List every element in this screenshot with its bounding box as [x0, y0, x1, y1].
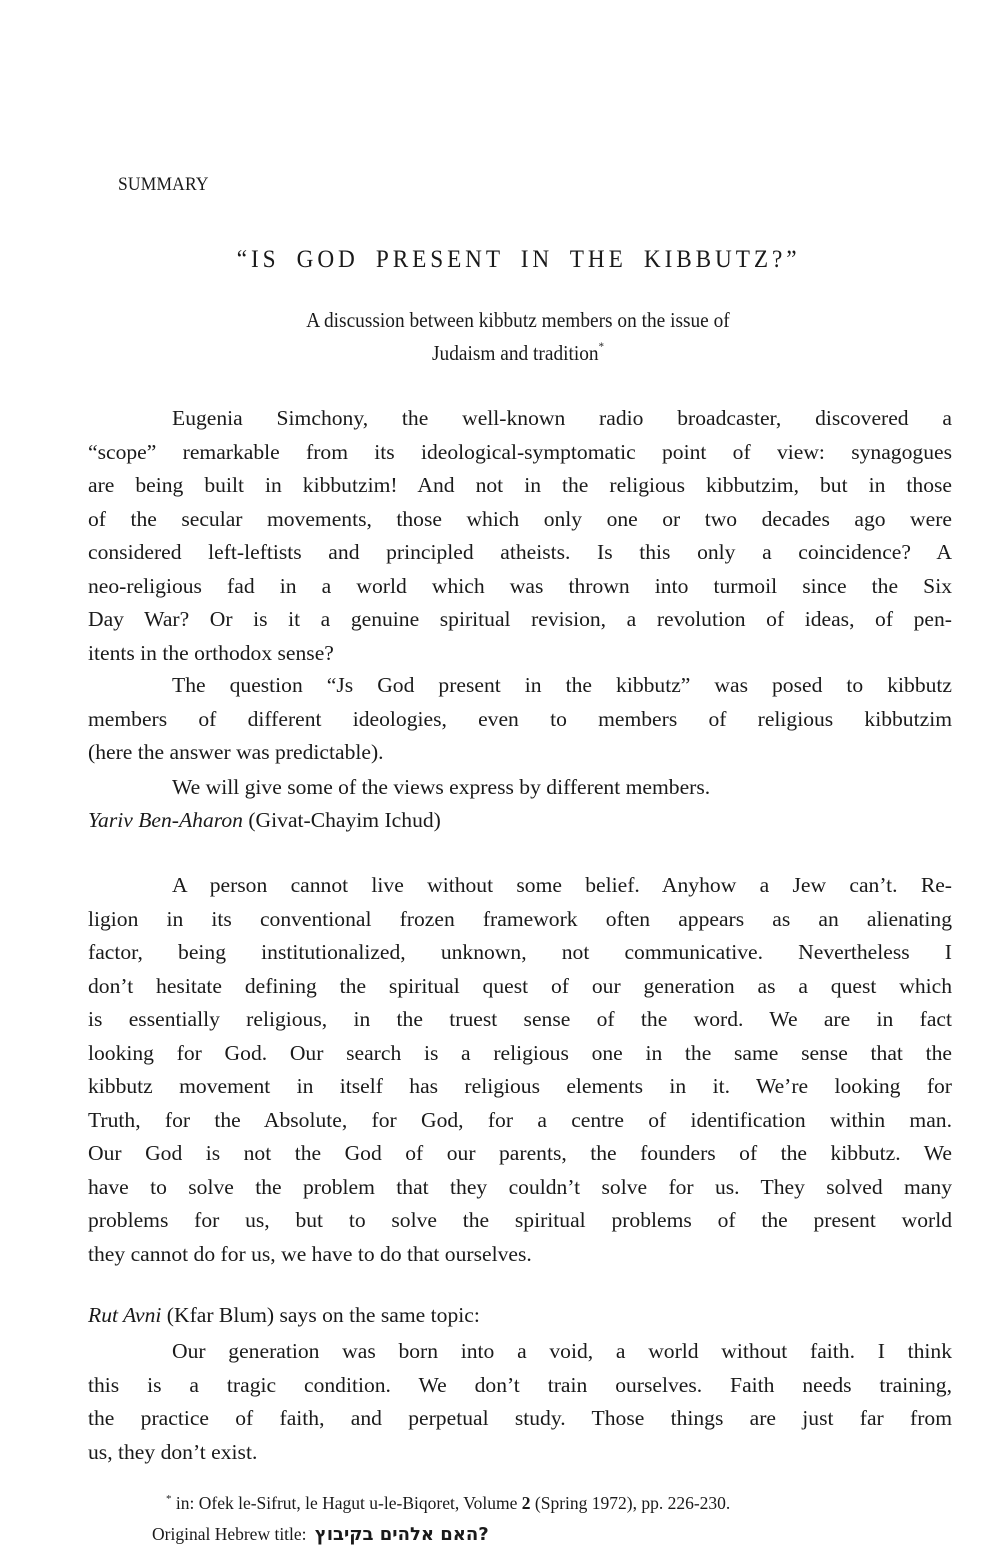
intro-paragraph: Eugenia Simchony, the well-known radio b…: [88, 402, 952, 670]
text-line: the practice of faith, and perpetual stu…: [88, 1402, 952, 1436]
text-line: Our God is not the God of our parents, t…: [88, 1137, 952, 1171]
speaker-heading-2: Rut Avni (Kfar Blum) says on the same to…: [88, 1299, 952, 1333]
speaker-statement-2: Our generation was born into a void, a w…: [88, 1335, 952, 1469]
speaker-name: Rut Avni: [88, 1303, 161, 1327]
footnote-reference: *: [599, 339, 604, 353]
footnote-volume: 2: [522, 1493, 531, 1513]
footnote-source-prefix: in: Ofek le-Sifrut, le Hagut u-le-Biqore…: [176, 1493, 518, 1513]
text-line: Truth, for the Absolute, for God, for a …: [88, 1104, 952, 1138]
text-line: don’t hesitate defining the spiritual qu…: [88, 970, 952, 1004]
footnote-marker: *: [166, 1493, 172, 1505]
speaker-affiliation: (Givat-Chayim Ichud): [248, 808, 441, 832]
text-line: factor, being institutionalized, unknown…: [88, 936, 952, 970]
section-label: SUMMARY: [118, 174, 209, 196]
speaker-statement-1: A person cannot live without some belief…: [88, 869, 952, 1271]
text-line: “scope” remarkable from its ideological-…: [88, 436, 952, 470]
question-paragraph: The question “Js God present in the kibb…: [88, 669, 952, 770]
text-line: The question “Js God present in the kibb…: [88, 669, 952, 703]
text-line: this is a tragic condition. We don’t tra…: [88, 1369, 952, 1403]
footnote-original-title: Original Hebrew title: ?האם אלהים בקיבוץ: [152, 1524, 489, 1545]
speaker-affiliation: (Kfar Blum): [167, 1303, 274, 1327]
text-line: Our generation was born into a void, a w…: [88, 1335, 952, 1369]
text-line: is essentially religious, in the truest …: [88, 1003, 952, 1037]
text-line: us, they don’t exist.: [88, 1436, 952, 1470]
text-line: looking for God. Our search is a religio…: [88, 1037, 952, 1071]
text-line: neo-religious fad in a world which was t…: [88, 570, 952, 604]
text-line: are being built in kibbutzim! And not in…: [88, 469, 952, 503]
text-line: We will give some of the views express b…: [88, 771, 952, 805]
original-title-hebrew: ?האם אלהים בקיבוץ: [315, 1524, 489, 1545]
speaker-name: Yariv Ben-Aharon: [88, 808, 243, 832]
footnote-source-suffix: (Spring 1972), pp. 226-230.: [535, 1493, 730, 1513]
speaker-lead-in: says on the same topic:: [280, 1303, 480, 1327]
text-line: (here the answer was predictable).: [88, 736, 952, 770]
text-line: kibbutz movement in itself has religious…: [88, 1070, 952, 1104]
text-line: considered left-leftists and principled …: [88, 536, 952, 570]
text-line: of the secular movements, those which on…: [88, 503, 952, 537]
speaker-heading-1: Yariv Ben-Aharon (Givat-Chayim Ichud): [88, 804, 952, 838]
text-line: itents in the orthodox sense?: [88, 637, 952, 671]
article-title: “IS GOD PRESENT IN THE KIBBUTZ?”: [35, 246, 965, 274]
text-line: ligion in its conventional frozen framew…: [88, 903, 952, 937]
document-page: SUMMARY “IS GOD PRESENT IN THE KIBBUTZ?”…: [0, 0, 1000, 1562]
text-line: members of different ideologies, even to…: [88, 703, 952, 737]
views-paragraph: We will give some of the views express b…: [88, 771, 952, 805]
text-line: A person cannot live without some belief…: [88, 869, 952, 903]
subtitle-line-2: Judaism and tradition*: [50, 341, 950, 366]
subtitle-text: Judaism and tradition: [432, 341, 599, 365]
subtitle-line-1: A discussion between kibbutz members on …: [50, 308, 950, 333]
original-title-label: Original Hebrew title:: [152, 1524, 307, 1544]
text-line: have to solve the problem that they coul…: [88, 1171, 952, 1205]
text-line: Day War? Or is it a genuine spiritual re…: [88, 603, 952, 637]
text-line: problems for us, but to solve the spirit…: [88, 1204, 952, 1238]
footnote-source: * in: Ofek le-Sifrut, le Hagut u-le-Biqo…: [166, 1493, 730, 1514]
text-line: Eugenia Simchony, the well-known radio b…: [88, 402, 952, 436]
text-line: they cannot do for us, we have to do tha…: [88, 1238, 952, 1272]
